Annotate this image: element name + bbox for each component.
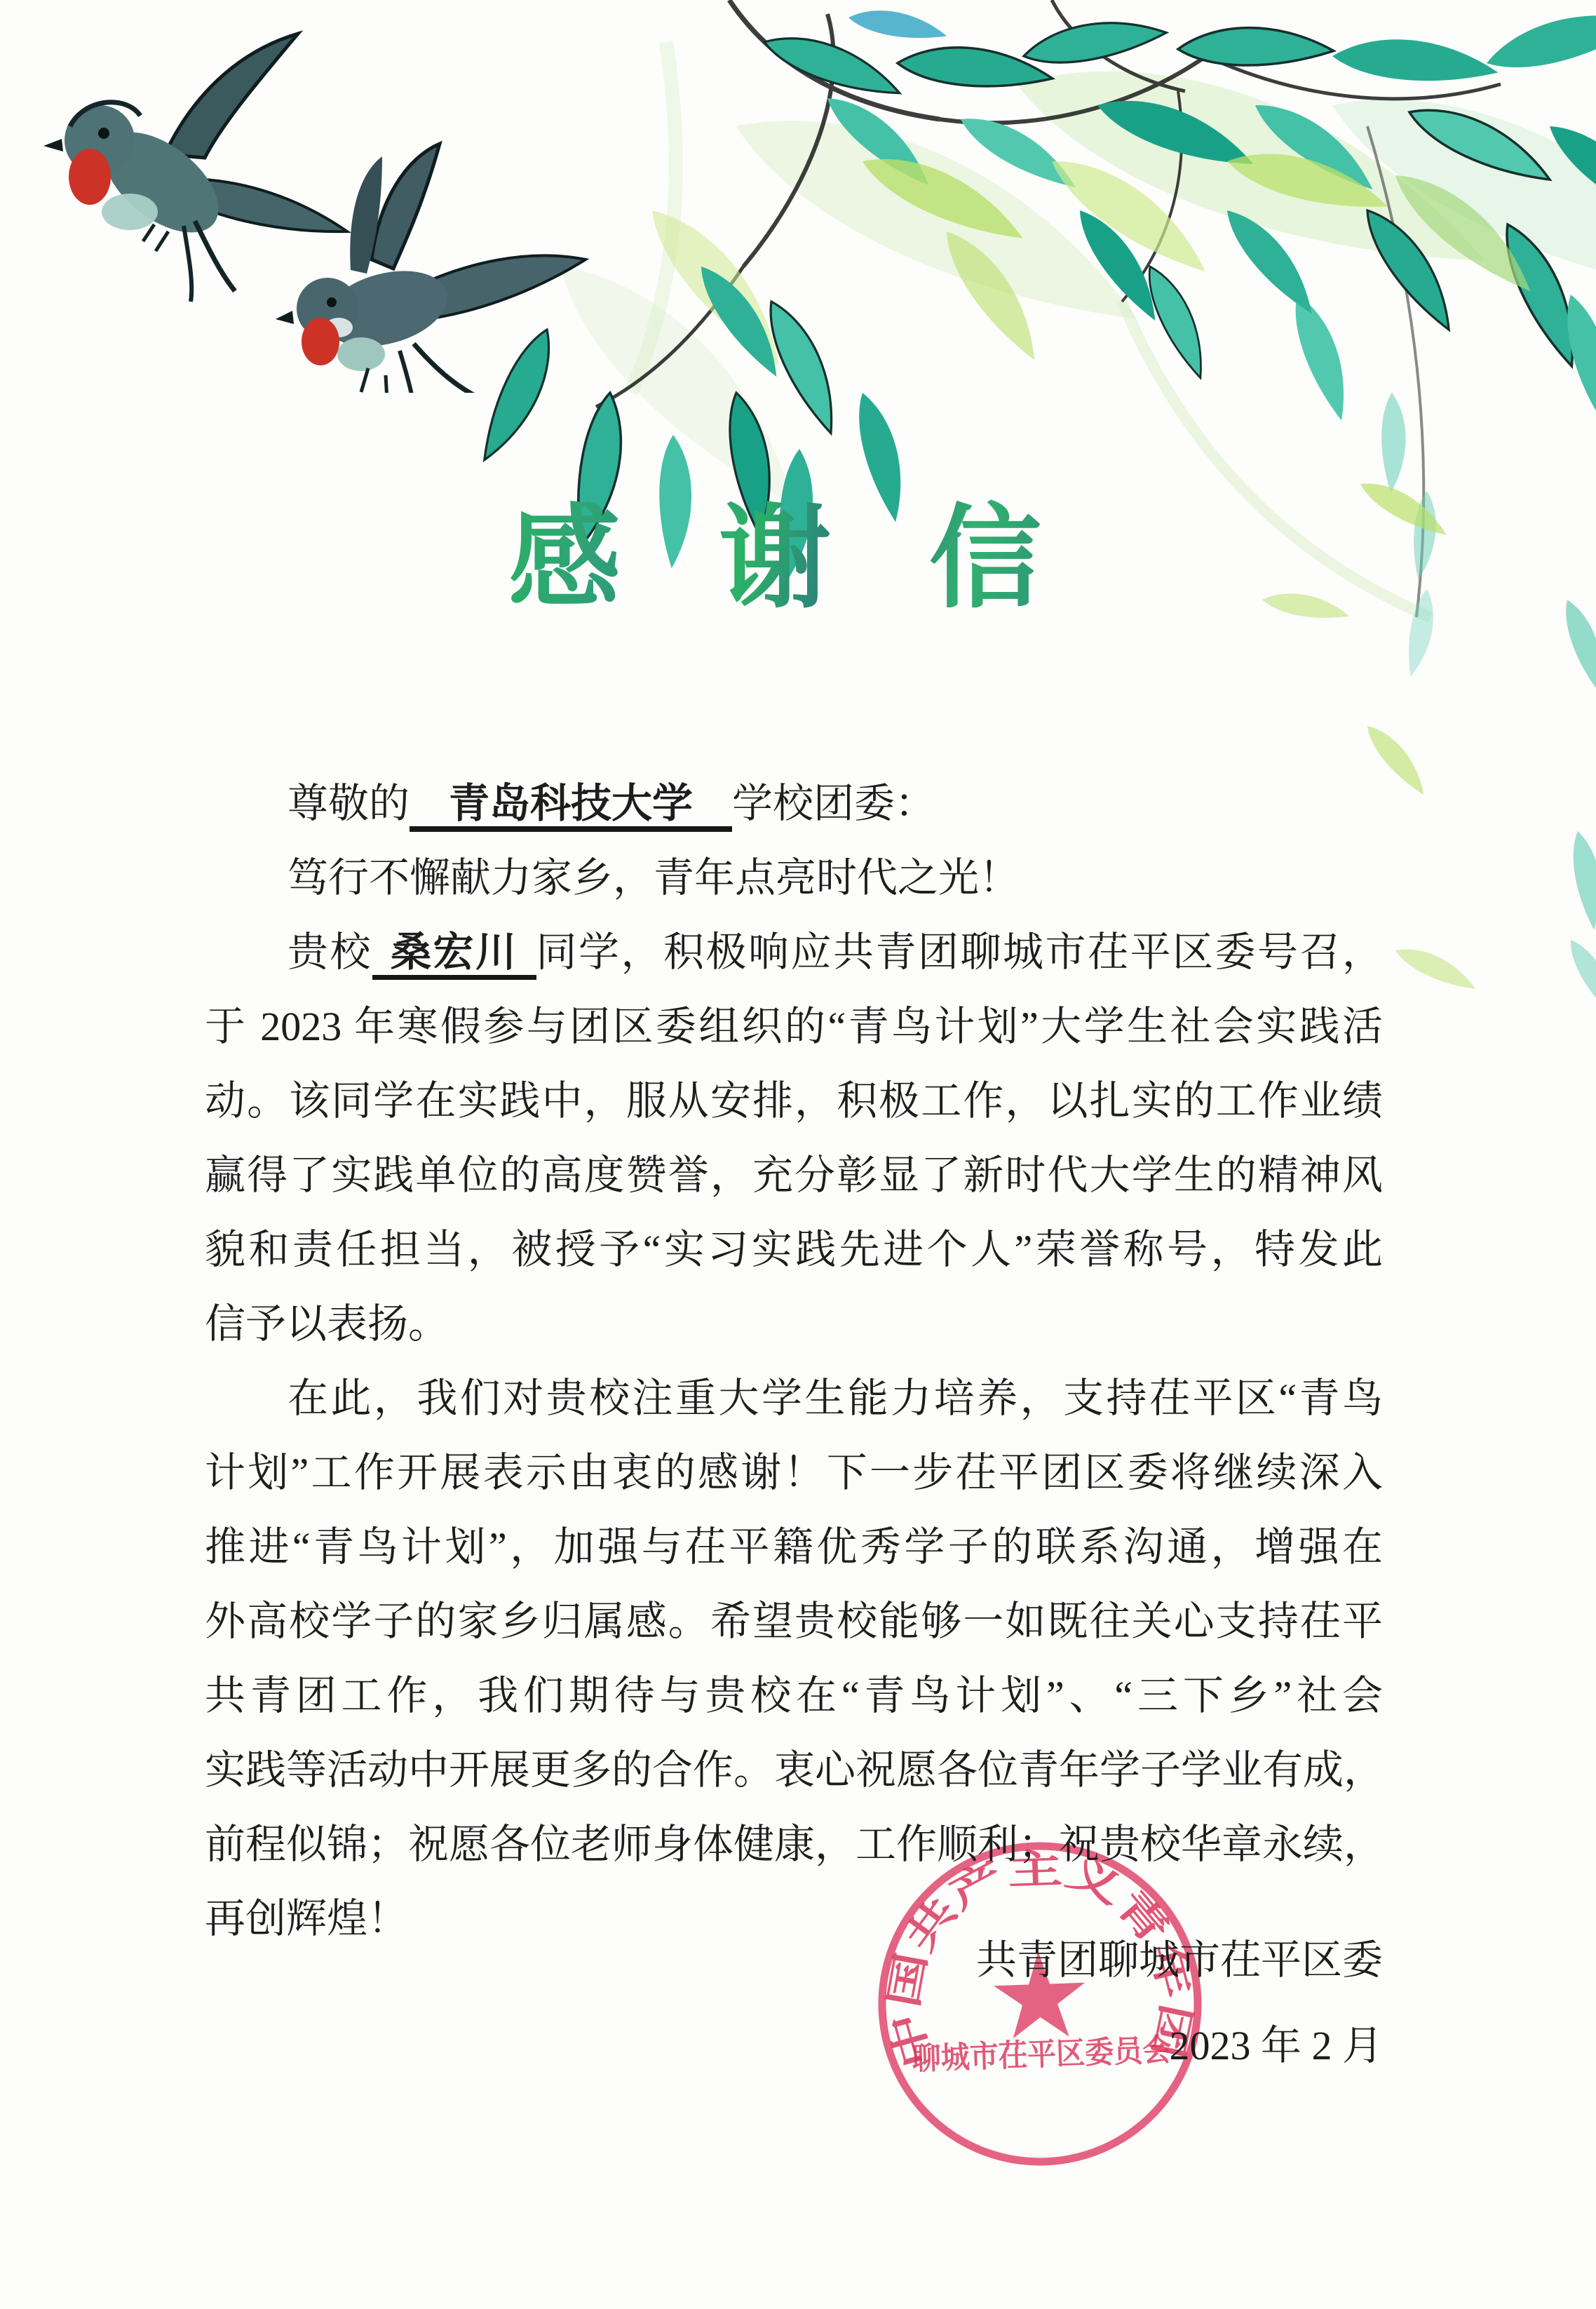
para2-line-5: 共青团工作，我们期待与贵校在“青鸟计划”、“三下乡”社会: [205, 1659, 1383, 1733]
para1-line-2: 于 2023 年寒假参与团区委组织的“青鸟计划”大学生社会实践活: [205, 990, 1383, 1064]
para1-line-5: 貌和责任担当，被授予“实习实践先进个人”荣誉称号，特发此: [205, 1213, 1383, 1287]
para1-line-6: 信予以表扬。: [205, 1287, 1383, 1361]
thank-you-letter-page: 中国共产主义青年团 聊城市茌平区委员会 感谢信 尊敬的青岛科技大学学校团委： 笃…: [0, 0, 1596, 2309]
swallow-1: [43, 34, 347, 302]
para1-line-3: 动。该同学在实践中，服从安排，积极工作，以扎实的工作业绩: [205, 1064, 1383, 1138]
para1-line-1: 贵校桑宏川同学，积极响应共青团聊城市茌平区委号召，: [205, 915, 1383, 990]
swallow-2: [276, 144, 586, 393]
para1-lead: 贵校: [288, 929, 372, 975]
salutation-line: 尊敬的青岛科技大学学校团委：: [205, 767, 1383, 841]
slogan-line: 笃行不懈献力家乡，青年点亮时代之光！: [205, 841, 1383, 915]
letter-body: 尊敬的青岛科技大学学校团委： 笃行不懈献力家乡，青年点亮时代之光！ 贵校桑宏川同…: [205, 767, 1383, 1956]
swallow-pair-icon: [21, 21, 617, 393]
recipient-school-name: 青岛科技大学: [410, 781, 732, 832]
signature-date: 2023 年 2 月: [205, 2009, 1596, 2083]
para2-line-6: 实践等活动中开展更多的合作。衷心祝愿各位青年学子学业有成，: [205, 1733, 1383, 1808]
student-name: 桑宏川: [372, 929, 536, 980]
para1-after-student: 同学，积极响应共青团聊城市茌平区委号召，: [536, 929, 1383, 975]
para2-line-4: 外高校学子的家乡归属感。希望贵校能够一如既往关心支持茌平: [205, 1584, 1383, 1659]
letter-title: 感谢信: [508, 483, 1139, 634]
para2-line-3: 推进“青鸟计划”，加强与茌平籍优秀学子的联系沟通，增强在: [205, 1510, 1383, 1584]
para2-line-2: 计划”工作开展表示由衷的感谢！下一步茌平团区委将继续深入: [205, 1436, 1383, 1510]
signature-org: 共青团聊城市茌平区委: [205, 1923, 1531, 1998]
salutation-prefix: 尊敬的: [288, 781, 410, 826]
para1-line-4: 赢得了实践单位的高度赞誉，充分彰显了新时代大学生的精神风: [205, 1138, 1383, 1213]
salutation-suffix: 学校团委：: [732, 781, 935, 826]
para2-line-7: 前程似锦；祝愿各位老师身体健康，工作顺利；祝贵校华章永续，: [205, 1808, 1383, 1882]
para2-line-1: 在此，我们对贵校注重大学生能力培养，支持茌平区“青鸟: [205, 1361, 1383, 1436]
